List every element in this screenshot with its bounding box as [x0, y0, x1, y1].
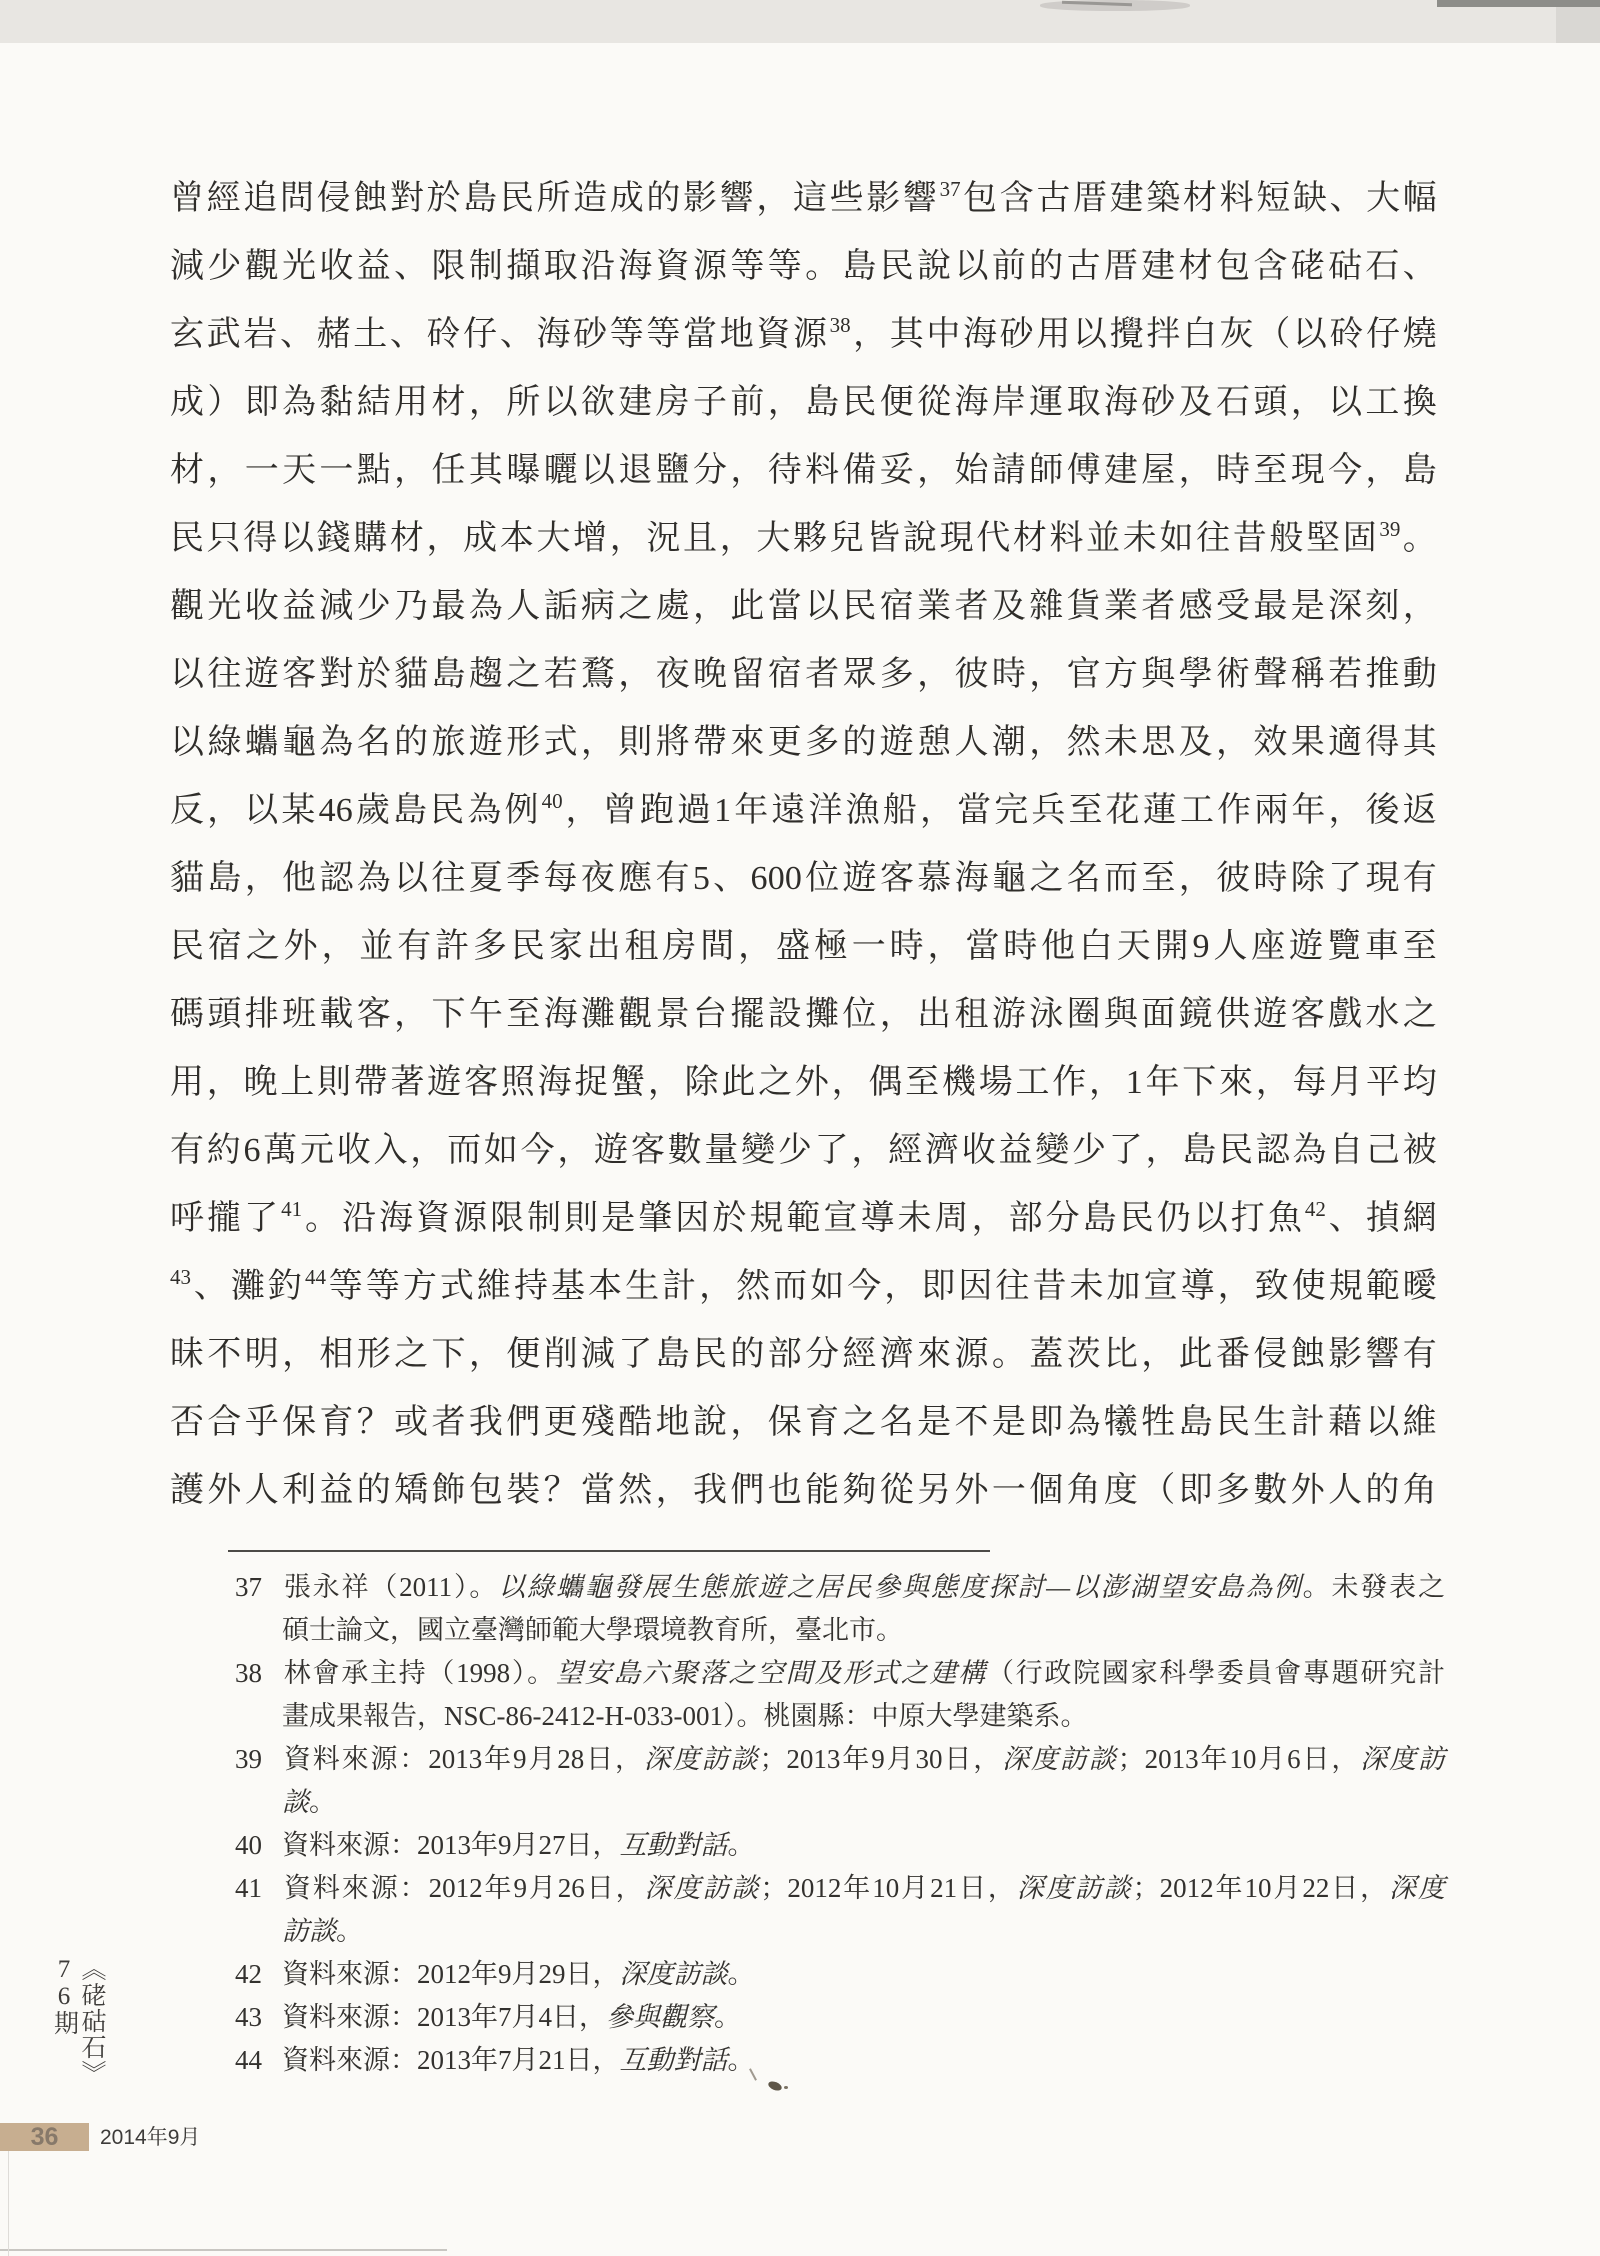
footnote-ref: 42 — [1305, 1197, 1326, 1221]
text-segment: 互動對話 — [620, 1830, 728, 1860]
body-text-line: 呼攏了41。沿海資源限制則是肇因於規範宣導未周，部分島民仍以打魚42、揁網 — [170, 1185, 1437, 1253]
footnote-number: 41 — [235, 1867, 282, 1910]
text-segment: 昧不明，相形之下，便削減了島民的部分經濟來源。蓋茨比，此番侵蝕影響有 — [170, 1336, 1437, 1373]
text-segment: 。 — [728, 1830, 755, 1860]
footnote-number: 40 — [235, 1824, 282, 1867]
footnote-line: 37張永祥（2011）。以綠蠵龜發展生態旅遊之居民參與態度探討—以澎湖望安島為例… — [235, 1566, 1445, 1609]
text-segment: ，其中海砂用以攪拌白灰（以砱仔燒 — [851, 316, 1437, 353]
scan-top-band — [0, 0, 1600, 43]
text-segment: 反，以某46歲島民為例 — [170, 792, 542, 829]
text-segment: 。沿海資源限制則是肇因於規範宣導未周，部分島民仍以打魚 — [302, 1200, 1305, 1237]
text-segment: 。 — [728, 1959, 755, 1989]
text-segment: ，曾跑過1年遠洋漁船，當完兵至花蓮工作兩年，後返 — [563, 792, 1437, 829]
text-segment: 呼攏了 — [170, 1200, 281, 1237]
body-text-line: 碼頭排班載客，下午至海灘觀景台擺設攤位，出租游泳圈與面鏡供遊客戲水之 — [170, 981, 1437, 1049]
footnote-number: 43 — [235, 1996, 282, 2039]
footnote-line: 40資料來源：2013年9月27日，互動對話。 — [235, 1824, 1465, 1867]
text-segment: 張永祥（2011）。 — [282, 1572, 498, 1602]
text-segment: 用，晚上則帶著遊客照海捉蟹，除此之外，偶至機場工作，1年下來，每月平均 — [170, 1064, 1437, 1101]
body-text-line: 以綠蠵龜為名的旅遊形式，則將帶來更多的遊憩人潮，然未思及，效果適得其 — [170, 709, 1437, 777]
text-segment: 否合乎保育？或者我們更殘酷地說，保育之名是不是即為犧牲島民生計藉以維 — [170, 1404, 1437, 1441]
body-text-line: 民只得以錢購材，成本大增，況且，大夥兒皆說現代材料並未如往昔般堅固39。 — [170, 505, 1437, 573]
footnote-number: 39 — [235, 1738, 282, 1781]
text-segment: 林會承主持（1998）。 — [282, 1658, 556, 1688]
footnotes-section: 37張永祥（2011）。以綠蠵龜發展生態旅遊之居民參與態度探討—以澎湖望安島為例… — [235, 1566, 1465, 2082]
text-segment: 訪談 — [282, 1916, 336, 1946]
text-segment: 曾經追問侵蝕對於島民所造成的影響，這些影響 — [170, 180, 940, 217]
footnote-line: 談。 — [235, 1781, 1465, 1824]
text-segment: 以往遊客對於貓島趨之若鶩，夜晚留宿者眾多，彼時，官方與學術聲稱若推動 — [170, 656, 1437, 693]
body-text-line: 材，一天一點，任其曝曬以退鹽分，待料備妥，始請師傅建屋，時至現今，島 — [170, 437, 1437, 505]
text-segment: ；2013年9月30日， — [759, 1744, 1002, 1774]
body-text-line: 用，晚上則帶著遊客照海捉蟹，除此之外，偶至機場工作，1年下來，每月平均 — [170, 1049, 1437, 1117]
text-segment: 談 — [282, 1787, 309, 1817]
scan-bottom-hairline — [0, 2249, 447, 2251]
journal-page: 曾經追問侵蝕對於島民所造成的影響，這些影響37包含古厝建築材料短缺、大幅減少觀光… — [0, 0, 1600, 2256]
text-segment: ；2013年10月6日， — [1118, 1744, 1361, 1774]
text-segment: 資料來源：2012年9月26日， — [282, 1873, 645, 1903]
text-segment: 深度 — [1389, 1873, 1445, 1903]
body-text-line: 以往遊客對於貓島趨之若鶩，夜晚留宿者眾多，彼時，官方與學術聲稱若推動 — [170, 641, 1437, 709]
body-text-line: 護外人利益的矯飾包裝？當然，我們也能夠從另外一個角度（即多數外人的角 — [170, 1457, 1437, 1525]
text-segment: 以綠蠵龜發展生態旅遊之居民參與態度探討—以澎湖望安島為例 — [498, 1572, 1302, 1602]
text-segment: 望安島六聚落之空間及形式之建構 — [556, 1658, 987, 1688]
body-text-line: 反，以某46歲島民為例40，曾跑過1年遠洋漁船，當完兵至花蓮工作兩年，後返 — [170, 777, 1437, 845]
footnote-line: 碩士論文，國立臺灣師範大學環境教育所，臺北市。 — [235, 1609, 1465, 1652]
text-segment: 等等方式維持基本生計，然而如今，即因往昔未加宣導，致使規範曖 — [326, 1268, 1437, 1305]
text-segment: 。 — [728, 2045, 755, 2075]
body-text-line: 曾經追問侵蝕對於島民所造成的影響，這些影響37包含古厝建築材料短缺、大幅 — [170, 165, 1437, 233]
text-segment: 。 — [1400, 520, 1437, 557]
text-segment: 參與觀察 — [606, 2002, 714, 2032]
journal-title-pre: 《硓𥑮石》 — [78, 1956, 105, 2086]
text-segment: 。未發表之 — [1303, 1572, 1445, 1602]
text-segment: 玄武岩、赭土、砱仔、海砂等等當地資源 — [170, 316, 830, 353]
body-text-line: 有約6萬元收入，而如今，遊客數量變少了，經濟收益變少了，島民認為自己被 — [170, 1117, 1437, 1185]
text-segment: 深度訪談 — [645, 1873, 761, 1903]
text-segment: 畫成果報告，NSC-86-2412-H-033-001）。桃園縣：中原大學建築系… — [282, 1701, 1087, 1731]
text-segment: 觀光收益減少乃最為人詬病之處，此當以民宿業者及雜貨業者感受最是深刻， — [170, 588, 1437, 625]
text-segment: 、灘釣 — [191, 1268, 305, 1305]
text-segment: 有約6萬元收入，而如今，遊客數量變少了，經濟收益變少了，島民認為自己被 — [170, 1132, 1437, 1169]
text-segment: 。 — [309, 1787, 336, 1817]
text-segment: ；2012年10月22日， — [1133, 1873, 1390, 1903]
footnote-ref: 44 — [305, 1265, 326, 1289]
body-text-line: 玄武岩、赭土、砱仔、海砂等等當地資源38，其中海砂用以攪拌白灰（以砱仔燒 — [170, 301, 1437, 369]
text-segment: 材，一天一點，任其曝曬以退鹽分，待料備妥，始請師傅建屋，時至現今，島 — [170, 452, 1437, 489]
footnote-number: 42 — [235, 1953, 282, 1996]
text-segment: 碩士論文，國立臺灣師範大學環境教育所，臺北市。 — [282, 1615, 903, 1645]
footnote-ref: 41 — [281, 1197, 302, 1221]
footnote-ref: 43 — [170, 1265, 191, 1289]
page-number-badge: 36 — [0, 2123, 89, 2151]
body-text-line: 成）即為黏結用材，所以欲建房子前，島民便從海岸運取海砂及石頭，以工換 — [170, 369, 1437, 437]
text-segment: 。 — [336, 1916, 363, 1946]
body-text-line: 減少觀光收益、限制擷取沿海資源等等。島民說以前的古厝建材包含硓𥑮石、 — [170, 233, 1437, 301]
text-segment: 包含古厝建築材料短缺、大幅 — [961, 180, 1437, 217]
text-segment: 資料來源：2013年7月4日， — [282, 2002, 606, 2032]
text-segment: （行政院國家科學委員會專題研究計 — [987, 1658, 1445, 1688]
footnote-ref: 38 — [830, 313, 851, 337]
footnote-line: 38林會承主持（1998）。望安島六聚落之空間及形式之建構（行政院國家科學委員會… — [235, 1652, 1445, 1695]
footnote-line: 42資料來源：2012年9月29日，深度訪談。 — [235, 1953, 1465, 1996]
text-segment: 資料來源：2013年9月28日， — [282, 1744, 644, 1774]
footnote-line: 畫成果報告，NSC-86-2412-H-033-001）。桃園縣：中原大學建築系… — [235, 1695, 1465, 1738]
body-text-line: 貓島，他認為以往夏季每夜應有5、600位遊客慕海龜之名而至，彼時除了現有 — [170, 845, 1437, 913]
body-text-line: 觀光收益減少乃最為人詬病之處，此當以民宿業者及雜貨業者感受最是深刻， — [170, 573, 1437, 641]
footnote-number: 44 — [235, 2039, 282, 2082]
footnote-line: 43資料來源：2013年7月4日，參與觀察。 — [235, 1996, 1465, 2039]
text-segment: ；2012年10月21日， — [760, 1873, 1017, 1903]
body-text-line: 43、灘釣44等等方式維持基本生計，然而如今，即因往昔未加宣導，致使規範曖 — [170, 1253, 1437, 1321]
footnote-ref: 40 — [542, 789, 563, 813]
footnote-number: 38 — [235, 1652, 282, 1695]
text-segment: 碼頭排班載客，下午至海灘觀景台擺設攤位，出租游泳圈與面鏡供遊客戲水之 — [170, 996, 1437, 1033]
text-segment: 資料來源：2013年7月21日， — [282, 2045, 620, 2075]
body-text-line: 民宿之外，並有許多民家出租房間，盛極一時，當時他白天開9人座遊覽車至 — [170, 913, 1437, 981]
text-segment: 資料來源：2012年9月29日， — [282, 1959, 620, 1989]
text-segment: 。 — [714, 2002, 741, 2032]
text-segment: 深度訪談 — [644, 1744, 760, 1774]
footnote-number: 37 — [235, 1566, 282, 1609]
body-text: 曾經追問侵蝕對於島民所造成的影響，這些影響37包含古厝建築材料短缺、大幅減少觀光… — [170, 165, 1437, 1525]
text-segment: 深度訪談 — [1017, 1873, 1133, 1903]
text-segment: 、揁網 — [1326, 1200, 1437, 1237]
text-segment: 資料來源：2013年9月27日， — [282, 1830, 620, 1860]
text-segment: 貓島，他認為以往夏季每夜應有5、600位遊客慕海龜之名而至，彼時除了現有 — [170, 860, 1437, 897]
text-segment: 深度訪 — [1360, 1744, 1445, 1774]
issue-date: 2014年9月 — [100, 2123, 200, 2151]
text-segment: 民只得以錢購材，成本大增，況且，大夥兒皆說現代材料並未如往昔般堅固 — [170, 520, 1379, 557]
journal-title-suffix: 期 — [51, 2010, 78, 2036]
journal-title-issue-number: 76 — [51, 1956, 78, 2010]
footnote-line: 訪談。 — [235, 1910, 1465, 1953]
text-segment: 成）即為黏結用材，所以欲建房子前，島民便從海岸運取海砂及石頭，以工換 — [170, 384, 1437, 421]
text-segment: 深度訪談 — [1002, 1744, 1118, 1774]
text-segment: 民宿之外，並有許多民家出租房間，盛極一時，當時他白天開9人座遊覽車至 — [170, 928, 1437, 965]
text-segment: 互動對話 — [620, 2045, 728, 2075]
footnote-separator — [228, 1550, 990, 1552]
journal-title-vertical: 《硓𥑮石》76期 — [50, 1956, 105, 2131]
body-text-line: 昧不明，相形之下，便削減了島民的部分經濟來源。蓋茨比，此番侵蝕影響有 — [170, 1321, 1437, 1389]
text-segment: 以綠蠵龜為名的旅遊形式，則將帶來更多的遊憩人潮，然未思及，效果適得其 — [170, 724, 1437, 761]
scan-mark-top-right — [1437, 0, 1600, 7]
footnote-line: 44資料來源：2013年7月21日，互動對話。 — [235, 2039, 1465, 2082]
text-segment: 深度訪談 — [620, 1959, 728, 1989]
ink-smudge-dot — [784, 2086, 788, 2089]
footnote-line: 41資料來源：2012年9月26日，深度訪談；2012年10月21日，深度訪談；… — [235, 1867, 1445, 1910]
footnote-ref: 39 — [1379, 517, 1400, 541]
body-text-line: 否合乎保育？或者我們更殘酷地說，保育之名是不是即為犧牲島民生計藉以維 — [170, 1389, 1437, 1457]
footnote-line: 39資料來源：2013年9月28日，深度訪談；2013年9月30日，深度訪談；2… — [235, 1738, 1445, 1781]
footnote-ref: 37 — [940, 177, 961, 201]
text-segment: 減少觀光收益、限制擷取沿海資源等等。島民說以前的古厝建材包含硓𥑮石、 — [170, 248, 1437, 285]
text-segment: 護外人利益的矯飾包裝？當然，我們也能夠從另外一個角度（即多數外人的角 — [170, 1472, 1437, 1509]
